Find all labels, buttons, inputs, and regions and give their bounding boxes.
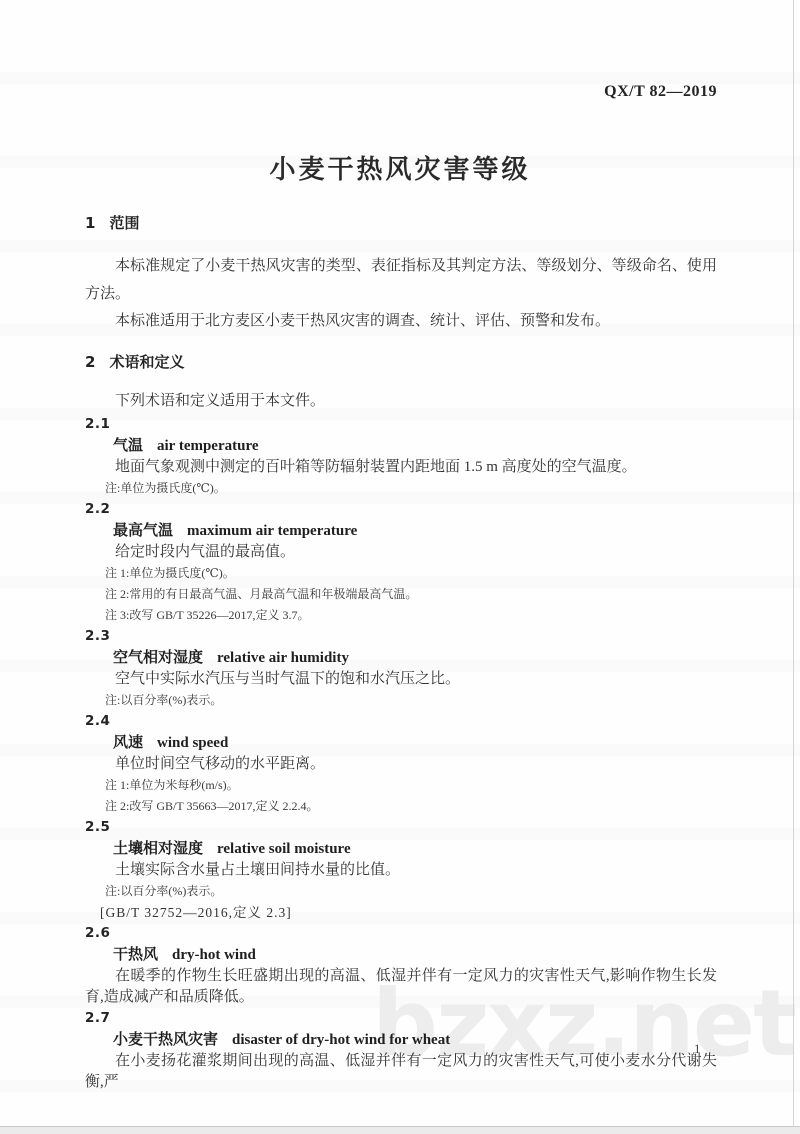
term-title: 风速wind speed <box>85 732 717 754</box>
term-cn: 气温 <box>113 436 143 454</box>
term-number: 2.1 <box>85 414 717 435</box>
section-1-heading: 1范围 <box>85 214 717 232</box>
term-number: 2.2 <box>85 499 717 520</box>
term-note: 注 2:常用的有日最高气温、月最高气温和年极端最高气温。 <box>85 584 717 605</box>
term-en: relative air humidity <box>217 650 349 666</box>
term-cn: 风速 <box>113 733 143 751</box>
section-1-title: 范围 <box>109 214 139 232</box>
term-en: wind speed <box>157 735 228 751</box>
term-number: 2.5 <box>85 817 717 838</box>
term-block: 2.6 干热风dry-hot wind 在暖季的作物生长旺盛期出现的高温、低湿并… <box>85 923 717 1008</box>
term-number: 2.7 <box>85 1008 717 1029</box>
term-en: maximum air temperature <box>187 523 357 539</box>
term-definition: 空气中实际水汽压与当时气温下的饱和水汽压之比。 <box>85 669 717 690</box>
term-cn: 最高气温 <box>113 521 173 539</box>
term-number: 2.4 <box>85 711 717 732</box>
page-number: 1 <box>694 1041 701 1057</box>
term-definition: 在暖季的作物生长旺盛期出现的高温、低湿并伴有一定风力的灾害性天气,影响作物生长发… <box>85 966 717 1008</box>
term-title: 空气相对湿度relative air humidity <box>85 647 717 669</box>
term-block: 2.1 气温air temperature 地面气象观测中测定的百叶箱等防辐射装… <box>85 414 717 499</box>
term-definition: 土壤实际含水量占土壤田间持水量的比值。 <box>85 860 717 881</box>
term-en: air temperature <box>157 438 259 454</box>
section-2-number: 2 <box>85 353 95 371</box>
term-cn: 空气相对湿度 <box>113 648 203 666</box>
terms-intro: 下列术语和定义适用于本文件。 <box>85 391 717 412</box>
doc-number: QX/T 82—2019 <box>604 83 717 101</box>
term-title: 气温air temperature <box>85 435 717 457</box>
term-block: 2.7 小麦干热风灾害disaster of dry-hot wind for … <box>85 1008 717 1093</box>
scope-paragraph-1: 本标准规定了小麦干热风灾害的类型、表征指标及其判定方法、等级划分、等级命名、使用… <box>85 253 717 308</box>
page-edge-right <box>793 0 794 1127</box>
term-title: 干热风dry-hot wind <box>85 944 717 966</box>
term-block: 2.3 空气相对湿度relative air humidity 空气中实际水汽压… <box>85 626 717 711</box>
term-note: 注 1:单位为摄氏度(℃)。 <box>85 563 717 584</box>
term-number: 2.3 <box>85 626 717 647</box>
term-en: relative soil moisture <box>217 841 351 857</box>
section-1-number: 1 <box>85 214 95 232</box>
term-definition: 地面气象观测中测定的百叶箱等防辐射装置内距地面 1.5 m 高度处的空气温度。 <box>85 457 717 478</box>
document-title: 小麦干热风灾害等级 <box>0 149 800 186</box>
term-cn: 干热风 <box>113 945 158 963</box>
term-definition: 给定时段内气温的最高值。 <box>85 542 717 563</box>
document-body: 1范围 本标准规定了小麦干热风灾害的类型、表征指标及其判定方法、等级划分、等级命… <box>85 214 717 1093</box>
term-title: 小麦干热风灾害disaster of dry-hot wind for whea… <box>85 1029 717 1051</box>
term-title: 土壤相对湿度relative soil moisture <box>85 838 717 860</box>
term-number: 2.6 <box>85 923 717 944</box>
page-edge-bottom <box>0 1126 800 1134</box>
term-note: 注:以百分率(%)表示。 <box>85 690 717 711</box>
term-definition: 单位时间空气移动的水平距离。 <box>85 754 717 775</box>
term-note: 注:单位为摄氏度(℃)。 <box>85 478 717 499</box>
term-note: 注 1:单位为米每秒(m/s)。 <box>85 775 717 796</box>
term-note: 注 2:改写 GB/T 35663—2017,定义 2.2.4。 <box>85 796 717 817</box>
term-cn: 土壤相对湿度 <box>113 839 203 857</box>
term-definition: 在小麦扬花灌浆期间出现的高温、低湿并伴有一定风力的灾害性天气,可使小麦水分代谢失… <box>85 1051 717 1093</box>
section-2-heading: 2术语和定义 <box>85 353 717 371</box>
term-source-reference: [GB/T 32752—2016,定义 2.3] <box>85 902 717 923</box>
scanned-document-page: bzxz.net QX/T 82—2019 小麦干热风灾害等级 1范围 本标准规… <box>0 0 800 1134</box>
term-note: 注:以百分率(%)表示。 <box>85 881 717 902</box>
term-block: 2.4 风速wind speed 单位时间空气移动的水平距离。 注 1:单位为米… <box>85 711 717 817</box>
term-title: 最高气温maximum air temperature <box>85 520 717 542</box>
term-block: 2.5 土壤相对湿度relative soil moisture 土壤实际含水量… <box>85 817 717 923</box>
scope-paragraph-2: 本标准适用于北方麦区小麦干热风灾害的调查、统计、评估、预警和发布。 <box>85 308 717 336</box>
term-block: 2.2 最高气温maximum air temperature 给定时段内气温的… <box>85 499 717 626</box>
term-en: dry-hot wind <box>172 947 256 963</box>
term-cn: 小麦干热风灾害 <box>113 1030 218 1048</box>
term-note: 注 3:改写 GB/T 35226—2017,定义 3.7。 <box>85 605 717 626</box>
section-2-title: 术语和定义 <box>109 353 184 371</box>
term-en: disaster of dry-hot wind for wheat <box>232 1032 450 1048</box>
